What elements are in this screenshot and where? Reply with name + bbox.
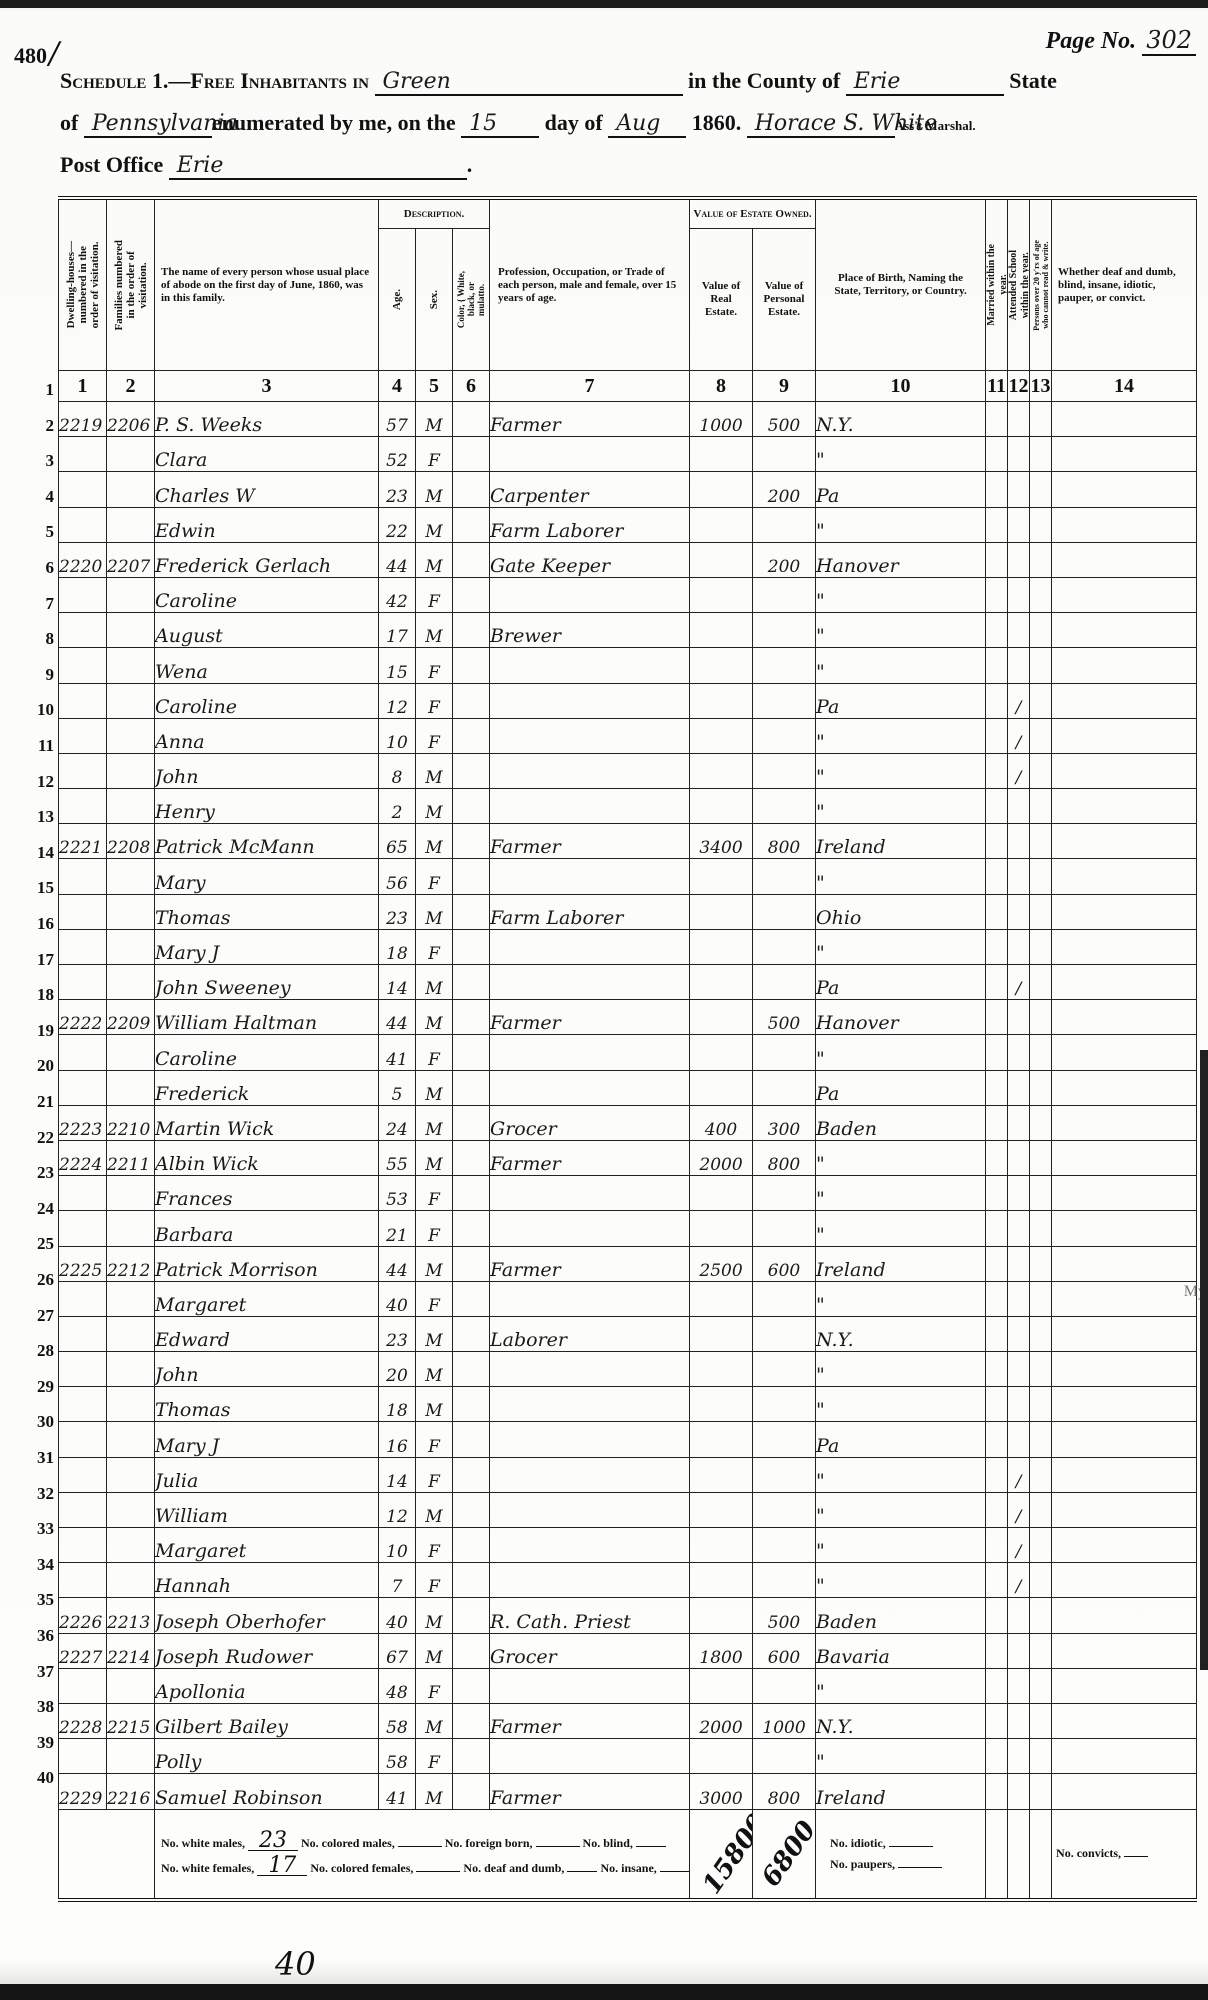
- cell-family: 2207: [107, 542, 155, 577]
- cell-family: [107, 1739, 155, 1774]
- cell-family: [107, 472, 155, 507]
- cell-personal-estate: 500: [753, 402, 816, 437]
- cell-sex: F: [416, 1176, 453, 1211]
- cell-real-estate: [690, 1000, 753, 1035]
- cell-sex: M: [416, 1703, 453, 1738]
- cell-age: 18: [379, 1387, 416, 1422]
- cell-age: 56: [379, 859, 416, 894]
- cell-remarks: [1052, 1140, 1197, 1175]
- cell-sex: M: [416, 1633, 453, 1668]
- cell-illiterate: [1030, 437, 1052, 472]
- cell-sex: F: [416, 1668, 453, 1703]
- col-sex-header: Sex.: [416, 229, 453, 371]
- line-number: 12: [18, 772, 54, 792]
- table-row: Henry2M": [59, 789, 1197, 824]
- cell-dwelling: [59, 859, 107, 894]
- cell-dwelling: 2221: [59, 824, 107, 859]
- cell-school: [1008, 542, 1030, 577]
- column-number-row: 1234567891011121314: [59, 371, 1197, 402]
- cell-family: [107, 613, 155, 648]
- cell-dwelling: [59, 1492, 107, 1527]
- cell-occupation: [490, 1563, 690, 1598]
- cell-married: [986, 1035, 1008, 1070]
- cell-real-estate: [690, 929, 753, 964]
- cell-birthplace: Ireland: [816, 1246, 986, 1281]
- cell-illiterate: [1030, 1246, 1052, 1281]
- cell-dwelling: [59, 965, 107, 1000]
- cell-personal-estate: [753, 1563, 816, 1598]
- cell-remarks: [1052, 1035, 1197, 1070]
- cell-color: [453, 577, 490, 612]
- cell-family: [107, 1492, 155, 1527]
- cell-remarks: [1052, 1774, 1197, 1809]
- cell-remarks: [1052, 929, 1197, 964]
- cell-real-estate: [690, 789, 753, 824]
- cell-dwelling: 2225: [59, 1246, 107, 1281]
- cell-personal-estate: 1000: [753, 1703, 816, 1738]
- table-row: Caroline42F": [59, 577, 1197, 612]
- cell-occupation: [490, 1035, 690, 1070]
- column-number: 1: [59, 371, 107, 402]
- cell-occupation: [490, 1492, 690, 1527]
- table-row: Anna10F"/: [59, 718, 1197, 753]
- cell-school: /: [1008, 1457, 1030, 1492]
- cell-age: 41: [379, 1774, 416, 1809]
- cell-birthplace: ": [816, 1281, 986, 1316]
- cell-occupation: Farmer: [490, 1140, 690, 1175]
- cell-school: /: [1008, 1528, 1030, 1563]
- table-row: Apollonia48F": [59, 1668, 1197, 1703]
- cell-name: Gilbert Bailey: [155, 1703, 379, 1738]
- cell-personal-estate: [753, 1457, 816, 1492]
- line-number: 10: [18, 700, 54, 720]
- table-row: 22222209William Haltman44MFarmer500Hanov…: [59, 1000, 1197, 1035]
- cell-real-estate: [690, 542, 753, 577]
- cell-birthplace: ": [816, 1211, 986, 1246]
- cell-age: 22: [379, 507, 416, 542]
- cell-name: Caroline: [155, 1035, 379, 1070]
- cell-occupation: [490, 859, 690, 894]
- cell-personal-estate: 200: [753, 542, 816, 577]
- cell-birthplace: ": [816, 1528, 986, 1563]
- table-row: John20M": [59, 1352, 1197, 1387]
- cell-occupation: Farm Laborer: [490, 507, 690, 542]
- cell-real-estate: [690, 1563, 753, 1598]
- cell-remarks: [1052, 683, 1197, 718]
- line-number: 31: [18, 1448, 54, 1468]
- cell-school: [1008, 1387, 1030, 1422]
- cell-dwelling: 2227: [59, 1633, 107, 1668]
- cell-real-estate: [690, 507, 753, 542]
- cell-birthplace: Baden: [816, 1598, 986, 1633]
- cell-color: [453, 929, 490, 964]
- cell-dwelling: 2219: [59, 402, 107, 437]
- cell-sex: F: [416, 1035, 453, 1070]
- cell-married: [986, 1352, 1008, 1387]
- cell-name: Mary J: [155, 1422, 379, 1457]
- table-row: August17MBrewer": [59, 613, 1197, 648]
- cell-family: 2209: [107, 1000, 155, 1035]
- table-row: Frances53F": [59, 1176, 1197, 1211]
- cell-school: [1008, 1140, 1030, 1175]
- cell-sex: F: [416, 1528, 453, 1563]
- cell-school: [1008, 1598, 1030, 1633]
- cell-remarks: [1052, 1598, 1197, 1633]
- cell-family: [107, 859, 155, 894]
- cell-real-estate: [690, 1352, 753, 1387]
- month-field: Aug: [608, 111, 686, 138]
- cell-dwelling: [59, 753, 107, 788]
- day-field: 15: [461, 111, 539, 138]
- cell-real-estate: [690, 1281, 753, 1316]
- cell-dwelling: [59, 1352, 107, 1387]
- cell-school: [1008, 1000, 1030, 1035]
- cell-real-estate: [690, 613, 753, 648]
- cell-real-estate: [690, 1387, 753, 1422]
- cell-dwelling: 2222: [59, 1000, 107, 1035]
- table-row: 22212208Patrick McMann65MFarmer3400800Ir…: [59, 824, 1197, 859]
- cell-married: [986, 1105, 1008, 1140]
- cell-birthplace: Pa: [816, 1070, 986, 1105]
- cell-color: [453, 965, 490, 1000]
- cell-sex: F: [416, 859, 453, 894]
- cell-personal-estate: [753, 577, 816, 612]
- cell-married: [986, 1070, 1008, 1105]
- col-dwelling-header: Dwelling-houses—numbered in theorder of …: [59, 198, 107, 371]
- table-row: William12M"/: [59, 1492, 1197, 1527]
- cell-name: John Sweeney: [155, 965, 379, 1000]
- cell-personal-estate: [753, 1528, 816, 1563]
- cell-family: [107, 1176, 155, 1211]
- cell-illiterate: [1030, 1140, 1052, 1175]
- cell-age: 18: [379, 929, 416, 964]
- cell-color: [453, 437, 490, 472]
- cell-remarks: [1052, 1528, 1197, 1563]
- cell-birthplace: Hanover: [816, 1000, 986, 1035]
- cell-birthplace: ": [816, 1387, 986, 1422]
- post-office-field: Erie: [169, 153, 467, 180]
- summary-idiotic-paupers: No. idiotic, No. paupers,: [816, 1809, 986, 1900]
- col-family-header: Families numberedin the order ofvisitati…: [107, 198, 155, 371]
- cell-dwelling: [59, 472, 107, 507]
- cell-color: [453, 1422, 490, 1457]
- column-number: 8: [690, 371, 753, 402]
- cell-personal-estate: 600: [753, 1633, 816, 1668]
- cell-sex: M: [416, 1352, 453, 1387]
- cell-remarks: [1052, 437, 1197, 472]
- township-field: Green: [375, 69, 683, 96]
- cell-married: [986, 683, 1008, 718]
- cell-age: 53: [379, 1176, 416, 1211]
- cell-sex: M: [416, 1316, 453, 1351]
- cell-remarks: [1052, 1387, 1197, 1422]
- cell-age: 10: [379, 718, 416, 753]
- cell-sex: M: [416, 1387, 453, 1422]
- cell-birthplace: ": [816, 718, 986, 753]
- line-number: 22: [18, 1128, 54, 1148]
- cell-real-estate: [690, 1211, 753, 1246]
- cell-real-estate: [690, 894, 753, 929]
- cell-personal-estate: [753, 437, 816, 472]
- cell-sex: F: [416, 1422, 453, 1457]
- cell-birthplace: Ireland: [816, 824, 986, 859]
- cell-real-estate: [690, 1492, 753, 1527]
- cell-remarks: [1052, 1281, 1197, 1316]
- cell-name: Patrick McMann: [155, 824, 379, 859]
- cell-illiterate: [1030, 753, 1052, 788]
- cell-dwelling: 2229: [59, 1774, 107, 1809]
- cell-sex: M: [416, 753, 453, 788]
- cell-sex: M: [416, 1492, 453, 1527]
- cell-personal-estate: [753, 1070, 816, 1105]
- cell-color: [453, 613, 490, 648]
- cell-personal-estate: 600: [753, 1246, 816, 1281]
- cell-name: Hannah: [155, 1563, 379, 1598]
- cell-sex: F: [416, 577, 453, 612]
- cell-personal-estate: [753, 1211, 816, 1246]
- line-number: 34: [18, 1555, 54, 1575]
- col-name-header: The name of every person whose usual pla…: [155, 198, 379, 371]
- cell-real-estate: [690, 1035, 753, 1070]
- table-row: Mary J18F": [59, 929, 1197, 964]
- cell-birthplace: ": [816, 1739, 986, 1774]
- cell-occupation: Laborer: [490, 1316, 690, 1351]
- cell-remarks: [1052, 1563, 1197, 1598]
- cell-real-estate: [690, 718, 753, 753]
- cell-age: 7: [379, 1563, 416, 1598]
- cell-illiterate: [1030, 402, 1052, 437]
- cell-school: [1008, 1281, 1030, 1316]
- cell-married: [986, 1211, 1008, 1246]
- cell-illiterate: [1030, 648, 1052, 683]
- cell-sex: M: [416, 1140, 453, 1175]
- cell-age: 65: [379, 824, 416, 859]
- cell-occupation: [490, 437, 690, 472]
- census-rows: 22192206P. S. Weeks57MFarmer1000500N.Y.C…: [59, 402, 1197, 1810]
- cell-birthplace: ": [816, 1563, 986, 1598]
- cell-name: Frances: [155, 1176, 379, 1211]
- cell-school: [1008, 1246, 1030, 1281]
- cell-dwelling: [59, 1316, 107, 1351]
- cell-illiterate: [1030, 507, 1052, 542]
- table-row: Thomas18M": [59, 1387, 1197, 1422]
- cell-dwelling: [59, 1281, 107, 1316]
- cell-real-estate: [690, 1457, 753, 1492]
- cell-family: [107, 437, 155, 472]
- cell-school: [1008, 1422, 1030, 1457]
- cell-occupation: R. Cath. Priest: [490, 1598, 690, 1633]
- cell-dwelling: [59, 929, 107, 964]
- cell-real-estate: [690, 648, 753, 683]
- cell-age: 40: [379, 1281, 416, 1316]
- cell-family: [107, 718, 155, 753]
- column-number: 4: [379, 371, 416, 402]
- cell-school: [1008, 1035, 1030, 1070]
- cell-color: [453, 1070, 490, 1105]
- cell-occupation: [490, 718, 690, 753]
- cell-name: Clara: [155, 437, 379, 472]
- cell-family: 2216: [107, 1774, 155, 1809]
- cell-family: [107, 1211, 155, 1246]
- cell-personal-estate: 500: [753, 1000, 816, 1035]
- cell-name: Frederick: [155, 1070, 379, 1105]
- cell-name: August: [155, 613, 379, 648]
- table-row: 22232210Martin Wick24MGrocer400300Baden: [59, 1105, 1197, 1140]
- table-row: 22192206P. S. Weeks57MFarmer1000500N.Y.: [59, 402, 1197, 437]
- cell-real-estate: 400: [690, 1105, 753, 1140]
- cell-sex: M: [416, 472, 453, 507]
- line-number: 14: [18, 843, 54, 863]
- col-illiterate-header: Persons over 20 y'rs of agewho cannot re…: [1030, 198, 1052, 371]
- line-number: 37: [18, 1662, 54, 1682]
- summary-counts: No. white males, 23 No. colored males, N…: [155, 1809, 690, 1900]
- cell-age: 16: [379, 1422, 416, 1457]
- cell-remarks: [1052, 472, 1197, 507]
- cell-married: [986, 577, 1008, 612]
- cell-age: 58: [379, 1739, 416, 1774]
- col-color-header: Color, { White,black, ormulatto.: [453, 229, 490, 371]
- cell-married: [986, 1528, 1008, 1563]
- cell-married: [986, 894, 1008, 929]
- cell-dwelling: [59, 507, 107, 542]
- line-number: 35: [18, 1590, 54, 1610]
- column-number: 13: [1030, 371, 1052, 402]
- cell-sex: M: [416, 1774, 453, 1809]
- sheet-number: 480/: [14, 36, 59, 71]
- cell-remarks: [1052, 965, 1197, 1000]
- cell-school: [1008, 507, 1030, 542]
- cell-occupation: Farmer: [490, 402, 690, 437]
- cell-remarks: [1052, 789, 1197, 824]
- line-number: 36: [18, 1626, 54, 1646]
- cell-school: [1008, 1739, 1030, 1774]
- cell-family: 2211: [107, 1140, 155, 1175]
- cell-personal-estate: [753, 683, 816, 718]
- cell-name: Caroline: [155, 577, 379, 612]
- cell-personal-estate: [753, 1281, 816, 1316]
- cell-age: 14: [379, 965, 416, 1000]
- cell-age: 2: [379, 789, 416, 824]
- cell-real-estate: [690, 859, 753, 894]
- cell-personal-estate: 800: [753, 824, 816, 859]
- white-males-value: 23: [248, 1832, 298, 1851]
- cell-illiterate: [1030, 1633, 1052, 1668]
- cell-remarks: [1052, 753, 1197, 788]
- cell-real-estate: 3400: [690, 824, 753, 859]
- cell-name: John: [155, 1352, 379, 1387]
- cell-color: [453, 1105, 490, 1140]
- cell-sex: M: [416, 824, 453, 859]
- cell-family: [107, 789, 155, 824]
- table-row: Hannah7F"/: [59, 1563, 1197, 1598]
- cell-married: [986, 1176, 1008, 1211]
- cell-dwelling: [59, 683, 107, 718]
- cell-name: Wena: [155, 648, 379, 683]
- table-row: 22272214Joseph Rudower67MGrocer1800600Ba…: [59, 1633, 1197, 1668]
- cell-illiterate: [1030, 1352, 1052, 1387]
- cell-birthplace: ": [816, 1176, 986, 1211]
- line-number: 6: [18, 558, 54, 578]
- cell-name: Margaret: [155, 1281, 379, 1316]
- cell-birthplace: ": [816, 577, 986, 612]
- col-age-header: Age.: [379, 229, 416, 371]
- header-row-1: Dwelling-houses—numbered in theorder of …: [59, 198, 1197, 229]
- cell-illiterate: [1030, 1774, 1052, 1809]
- cell-color: [453, 1739, 490, 1774]
- cell-birthplace: ": [816, 753, 986, 788]
- cell-real-estate: [690, 1316, 753, 1351]
- cell-birthplace: Pa: [816, 1422, 986, 1457]
- cell-name: Samuel Robinson: [155, 1774, 379, 1809]
- cell-dwelling: [59, 1387, 107, 1422]
- cell-age: 58: [379, 1703, 416, 1738]
- cell-real-estate: [690, 1528, 753, 1563]
- cell-name: Caroline: [155, 683, 379, 718]
- cell-real-estate: 1800: [690, 1633, 753, 1668]
- cell-personal-estate: 300: [753, 1105, 816, 1140]
- cell-dwelling: [59, 1211, 107, 1246]
- cell-remarks: [1052, 1492, 1197, 1527]
- cell-personal-estate: [753, 1422, 816, 1457]
- cell-name: John: [155, 753, 379, 788]
- cell-color: [453, 683, 490, 718]
- cell-family: 2208: [107, 824, 155, 859]
- line-number: 29: [18, 1377, 54, 1397]
- cell-illiterate: [1030, 1000, 1052, 1035]
- cell-birthplace: ": [816, 1492, 986, 1527]
- line-number: 19: [18, 1021, 54, 1041]
- cell-illiterate: [1030, 894, 1052, 929]
- cell-family: [107, 965, 155, 1000]
- cell-dwelling: [59, 1035, 107, 1070]
- cell-married: [986, 824, 1008, 859]
- cell-age: 14: [379, 1457, 416, 1492]
- cell-sex: F: [416, 1563, 453, 1598]
- cell-remarks: [1052, 718, 1197, 753]
- cell-personal-estate: [753, 965, 816, 1000]
- cell-age: 57: [379, 402, 416, 437]
- cell-color: [453, 894, 490, 929]
- line-number: 17: [18, 950, 54, 970]
- cell-age: 10: [379, 1528, 416, 1563]
- cell-name: Thomas: [155, 1387, 379, 1422]
- cell-age: 12: [379, 1492, 416, 1527]
- cell-occupation: [490, 1387, 690, 1422]
- column-number: 9: [753, 371, 816, 402]
- cell-occupation: Farmer: [490, 824, 690, 859]
- cell-dwelling: [59, 789, 107, 824]
- cell-personal-estate: [753, 859, 816, 894]
- cell-occupation: [490, 1281, 690, 1316]
- column-number: 5: [416, 371, 453, 402]
- schedule-line: Schedule 1.—Free Inhabitants in Green in…: [60, 68, 1057, 96]
- cell-personal-estate: [753, 1352, 816, 1387]
- cell-illiterate: [1030, 965, 1052, 1000]
- cell-real-estate: [690, 1668, 753, 1703]
- cell-illiterate: [1030, 577, 1052, 612]
- cell-color: [453, 472, 490, 507]
- table-row: 22282215Gilbert Bailey58MFarmer20001000N…: [59, 1703, 1197, 1738]
- cell-age: 24: [379, 1105, 416, 1140]
- page-number-value: 302: [1142, 26, 1196, 56]
- cell-name: P. S. Weeks: [155, 402, 379, 437]
- cell-sex: F: [416, 437, 453, 472]
- table-row: 22202207Frederick Gerlach44MGate Keeper2…: [59, 542, 1197, 577]
- cell-family: [107, 1422, 155, 1457]
- cell-birthplace: ": [816, 1352, 986, 1387]
- cell-color: [453, 648, 490, 683]
- cell-occupation: [490, 1070, 690, 1105]
